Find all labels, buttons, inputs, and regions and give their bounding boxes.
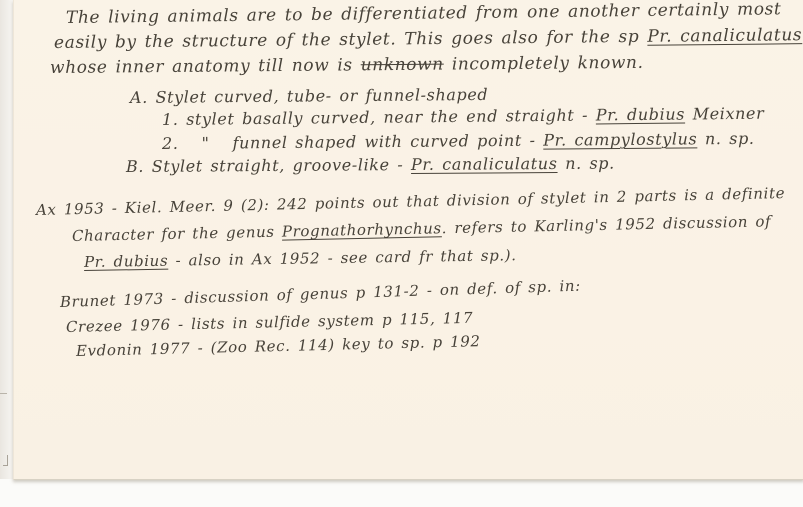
key-heading-b-text: B. Stylet straight, groove-like - xyxy=(126,155,411,176)
paragraph-line-2-text: easily by the structure of the stylet. T… xyxy=(54,27,648,53)
key-item-1-author: Meixner xyxy=(685,104,765,124)
key-heading-b-suffix: n. sp. xyxy=(557,154,614,173)
paragraph-line-3-pre: whose inner anatomy till now is xyxy=(50,55,361,78)
genus-name-prognathorhynchus: Prognathorhynchus xyxy=(282,219,442,240)
key-item-2-suffix: n. sp. xyxy=(697,129,754,148)
note-ax-1953-line-3: Pr. dubius - also in Ax 1952 - see card … xyxy=(84,246,517,271)
species-name-canaliculatus: Pr. canaliculatus xyxy=(647,25,802,47)
reference-evdonin-1977: Evdonin 1977 - (Zoo Rec. 114) key to sp.… xyxy=(76,332,481,360)
paragraph-line-3: whose inner anatomy till now is unknown … xyxy=(50,53,644,78)
species-name-dubius: Pr. dubius xyxy=(596,105,685,125)
note-line-2-post: . refers to Karling's 1952 discussion of xyxy=(442,212,772,237)
strikethrough-word: unknown xyxy=(361,55,444,76)
paragraph-line-1: The living animals are to be differentia… xyxy=(66,0,782,28)
note-ax-1953-line-2: Character for the genus Prognathorhynchu… xyxy=(72,212,772,245)
scanner-background xyxy=(0,479,803,507)
key-item-2-text: 2. " funnel shaped with curved point - xyxy=(162,131,543,153)
paragraph-line-3-post: incompletely known. xyxy=(444,53,644,75)
key-item-1-text: 1. stylet basally curved, near the end s… xyxy=(162,105,596,129)
reference-crezee-1976: Crezee 1976 - lists in sulfide system p … xyxy=(66,309,474,336)
note-line-3-post: - also in Ax 1952 - see card fr that sp.… xyxy=(168,246,517,269)
scanned-page: The living animals are to be differentia… xyxy=(0,0,803,507)
key-heading-a: A. Stylet curved, tube- or funnel-shaped xyxy=(130,85,488,107)
species-name-canaliculatus-b: Pr. canaliculatus xyxy=(411,154,558,174)
species-name-campylostylus: Pr. campylostylus xyxy=(543,129,697,149)
scan-artifact-hook xyxy=(3,455,8,466)
key-heading-b: B. Stylet straight, groove-like - Pr. ca… xyxy=(126,154,615,176)
paragraph-line-2: easily by the structure of the stylet. T… xyxy=(54,25,802,53)
key-item-1: 1. stylet basally curved, near the end s… xyxy=(162,104,765,129)
index-card: The living animals are to be differentia… xyxy=(13,0,803,480)
key-item-2: 2. " funnel shaped with curved point - P… xyxy=(162,129,755,153)
note-line-2-pre: Character for the genus xyxy=(72,223,282,245)
reference-brunet-1973: Brunet 1973 - discussion of genus p 131-… xyxy=(60,277,581,311)
species-name-dubius-note: Pr. dubius xyxy=(84,252,168,271)
scan-artifact-dash xyxy=(0,393,7,394)
